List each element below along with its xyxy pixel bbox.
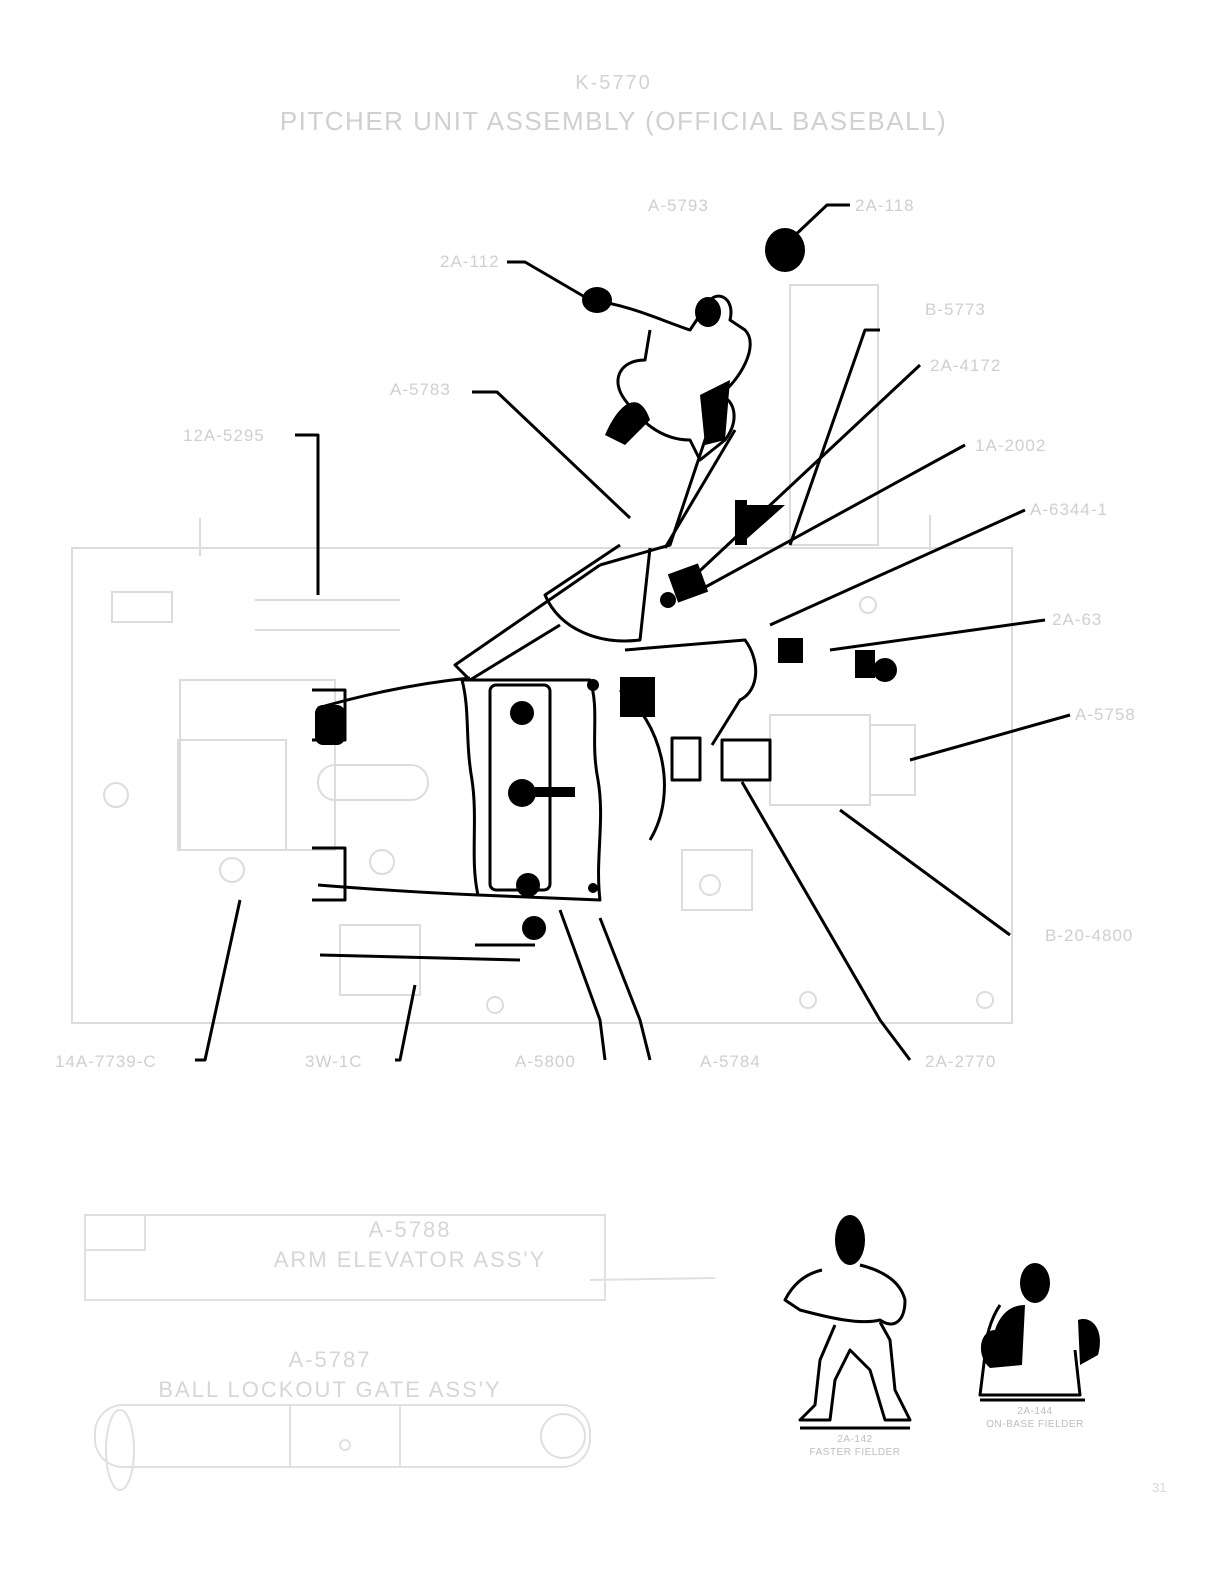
- callout-2a-118: 2A-118: [855, 196, 915, 216]
- callout-2a-112: 2A-112: [440, 252, 500, 272]
- callout-a-5800: A-5800: [515, 1052, 576, 1072]
- on-base-fielder-caption: 2A-144 ON-BASE FIELDER: [965, 1405, 1105, 1431]
- faster-fielder-part: 2A-142: [790, 1433, 920, 1446]
- callout-2a-2770: 2A-2770: [925, 1052, 996, 1072]
- arm-elevator-part: A-5788: [200, 1215, 620, 1245]
- callout-14a-7739-c: 14A-7739-C: [55, 1052, 157, 1072]
- callout-a-6344-1: A-6344-1: [1030, 500, 1108, 520]
- callout-b-5773: B-5773: [925, 300, 986, 320]
- ball-lockout-gate-title: A-5787 BALL LOCKOUT GATE ASS'Y: [120, 1345, 540, 1405]
- callout-3w-1c: 3W-1C: [305, 1052, 363, 1072]
- arm-elevator-name: ARM ELEVATOR ASS'Y: [200, 1245, 620, 1275]
- callout-2a-4172: 2A-4172: [930, 356, 1001, 376]
- callout-a-5783: A-5783: [390, 380, 451, 400]
- on-base-fielder-label: ON-BASE FIELDER: [965, 1418, 1105, 1431]
- callout-a-5758: A-5758: [1075, 705, 1136, 725]
- callout-a-5793: A-5793: [648, 196, 709, 216]
- arm-elevator-assembly-title: A-5788 ARM ELEVATOR ASS'Y: [200, 1215, 620, 1275]
- callout-2a-63: 2A-63: [1052, 610, 1102, 630]
- callout-12a-5295: 12A-5295: [183, 426, 265, 446]
- page-number: 31: [1152, 1480, 1166, 1495]
- faster-fielder-label: FASTER FIELDER: [790, 1446, 920, 1459]
- faster-fielder-caption: 2A-142 FASTER FIELDER: [790, 1433, 920, 1459]
- callout-b-20-4800: B-20-4800: [1045, 926, 1133, 946]
- callout-1a-2002: 1A-2002: [975, 436, 1046, 456]
- ball-lockout-gate-name: BALL LOCKOUT GATE ASS'Y: [120, 1375, 540, 1405]
- ball-lockout-gate-part: A-5787: [120, 1345, 540, 1375]
- callout-a-5784: A-5784: [700, 1052, 761, 1072]
- on-base-fielder-part: 2A-144: [965, 1405, 1105, 1418]
